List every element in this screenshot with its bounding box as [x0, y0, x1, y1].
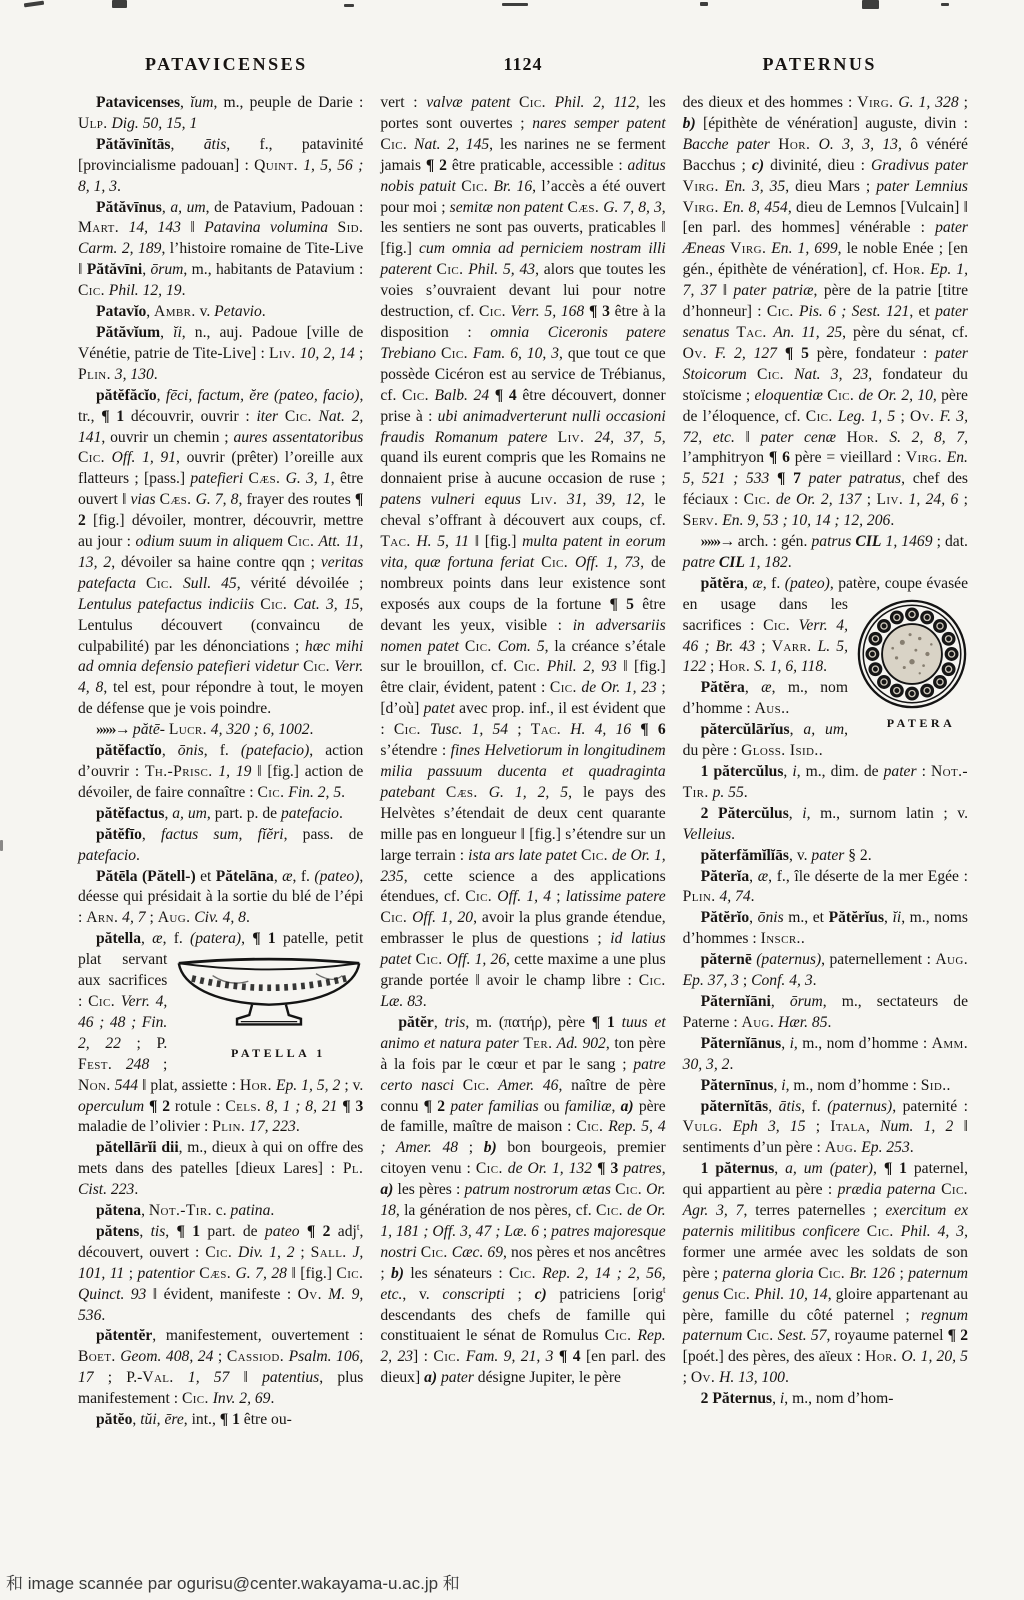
entry-paragraph: Păterĭa, æ, f., île déserte de la mer Eg…: [683, 867, 968, 909]
entry-paragraph: 1 pătercŭlus, i, m., dim. de pater : Not…: [683, 762, 968, 804]
entry-paragraph: pătens, tis, ¶ 1 part. de pateo ¶ 2 adjt…: [78, 1222, 363, 1327]
entry-paragraph: pătĕo, tŭi, ēre, int., ¶ 1 être ou-: [78, 1410, 363, 1431]
entry-paragraph: des dieux et des hommes : Virg. G. 1, 32…: [683, 93, 968, 532]
entry-paragraph: pătena, Not.-Tir. c. patina.: [78, 1201, 363, 1222]
scan-artifact: [502, 3, 528, 6]
entry-paragraph: Păternĭānus, i, m., nom d’homme : Amm. 3…: [683, 1034, 968, 1076]
entry-paragraph: Păternīnus, i, m., nom d’homme : Sid..: [683, 1076, 968, 1097]
column-middle: vert : valvæ patent Cic. Phil. 2, 112, l…: [380, 93, 665, 1431]
patera-figure: PATERA: [856, 598, 968, 734]
archaic-form-arrow-icon: »»»→: [701, 533, 734, 550]
entry-paragraph: 2 Păternus, i, m., nom d’hom-: [683, 1389, 968, 1410]
entry-paragraph: Pătăvīnĭtās, ātis, f., patavinité [provi…: [78, 135, 363, 198]
entry-paragraph: pătĕra, æ, f. (pateo), patère,: [683, 574, 968, 679]
page-number: 1124: [375, 54, 672, 75]
entry-paragraph: păterfămĭlĭās, v. pater § 2.: [683, 846, 968, 867]
scan-artifact: [344, 4, 354, 7]
archaic-form-arrow-icon: »»»→: [96, 721, 129, 738]
patera-figure-caption: PATERA: [856, 713, 968, 734]
entry-paragraph: pătĕfīo, factus sum, fĭĕri, pass. de pat…: [78, 825, 363, 867]
scan-credit: 和 image scannée par ogurisu@center.wakay…: [6, 1569, 460, 1594]
dictionary-columns: Patavicenses, ĭum, m., peuple de Darie :…: [78, 93, 968, 1431]
header-guide-word-left: PATAVICENSES: [78, 54, 375, 75]
scan-artifact: [112, 0, 127, 8]
entry-paragraph: 2 Pătercŭlus, i, m., surnom latin ; v. V…: [683, 804, 968, 846]
entry-paragraph: păternĭtās, ātis, f. (paternus), paterni…: [683, 1097, 968, 1160]
scan-artifact: [700, 2, 708, 6]
scan-artifact: [24, 1, 44, 8]
entry-paragraph: pătĕfăcĭo, fēci, factum, ĕre (pateo, fac…: [78, 386, 363, 721]
column-left: Patavicenses, ĭum, m., peuple de Darie :…: [78, 93, 363, 1431]
entry-paragraph: pătentĕr, manifestement, ouvertement : B…: [78, 1326, 363, 1410]
entry-paragraph: pătĕfactus, a, um, part. p. de patefacio…: [78, 804, 363, 825]
entry-paragraph: 1 păternus, a, um (pater), ¶ 1 paternel,…: [683, 1159, 968, 1389]
header-guide-word-right: PATERNUS: [671, 54, 968, 75]
entry-paragraph: pătĕfactĭo, ōnis, f. (patefacio), action…: [78, 741, 363, 804]
entry-paragraph: Pătăvĭum, ĭi, n., auj. Padoue [ville de …: [78, 323, 363, 386]
column-right: des dieux et des hommes : Virg. G. 1, 32…: [683, 93, 968, 1431]
patella-figure-caption: PATELLA 1: [175, 1043, 363, 1064]
patera-illustration: [856, 598, 968, 710]
entry-paragraph: »»»→ arch. : gén. patrus CIL 1, 1469 ; d…: [683, 532, 968, 574]
entry-paragraph: Păternĭāni, ōrum, m., sectateurs de Pate…: [683, 992, 968, 1034]
entry-paragraph: pătĕr, tris, m. (πατήρ), père ¶ 1 tuus e…: [380, 1013, 665, 1389]
patella-figure: PATELLA 1: [175, 953, 363, 1063]
entry-paragraph: Patavicenses, ĭum, m., peuple de Darie :…: [78, 93, 363, 135]
page-header: PATAVICENSES 1124 PATERNUS: [78, 54, 968, 75]
entry-paragraph: Pătăvīnus, a, um, de Patavium, Padouan :…: [78, 198, 363, 303]
entry-paragraph: vert : valvæ patent Cic. Phil. 2, 112, l…: [380, 93, 665, 1013]
patella-illustration: [175, 953, 363, 1039]
entry-paragraph: »»»→ pătē- Lucr. 4, 320 ; 6, 1002.: [78, 720, 363, 741]
scan-artifact: [0, 840, 3, 851]
scan-artifact: [941, 3, 949, 6]
entry-paragraph: Pătēla (Pătell-) et Pătelāna, æ, f. (pat…: [78, 867, 363, 930]
entry-paragraph: pătellārĭi dii, m., dieux à qui on offre…: [78, 1138, 363, 1201]
entry-paragraph: păternē (paternus), paternellement : Aug…: [683, 950, 968, 992]
entry-paragraph: Patavĭo, Ambr. v. Petavio.: [78, 302, 363, 323]
entry-paragraph: Pătĕrĭo, ōnis m., et Pătĕrĭus, ĭi, m., n…: [683, 908, 968, 950]
scan-artifact: [862, 0, 879, 9]
entry-paragraph: pătella, æ, f. (patera), ¶ 1 PATELLA 1 p…: [78, 929, 363, 1138]
